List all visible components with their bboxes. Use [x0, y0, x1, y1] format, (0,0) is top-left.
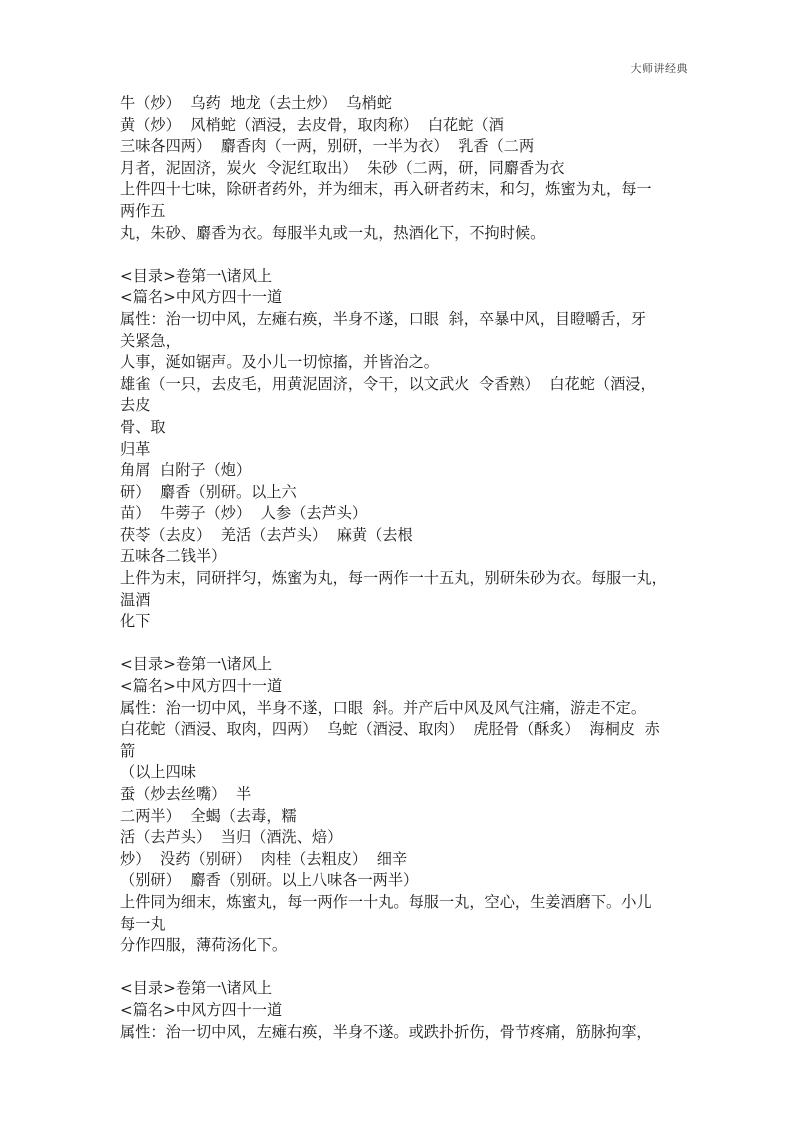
- paragraph-spacer: [120, 633, 680, 655]
- ingredient-line: 研） 麝香（别研。以上六: [120, 482, 680, 504]
- ingredient-line: 白花蛇（酒浸、取肉，四两） 乌蛇（酒浸、取肉） 虎胫骨（酥炙） 海桐皮 赤: [120, 719, 680, 741]
- ingredient-line: 骨、取: [120, 417, 680, 439]
- section-title: <篇名>中风方四十一道: [120, 287, 680, 309]
- document-body: 牛（炒） 乌药 地龙（去土炒） 乌梢蛇 黄（炒） 风梢蛇（酒浸，去皮骨，取肉称）…: [120, 93, 680, 1043]
- catalog-heading: <目录>卷第一\诸风上: [120, 266, 680, 288]
- text-line: 分作四服，薄荷汤化下。: [120, 935, 680, 957]
- ingredient-line: 茯苓（去皮） 羌活（去芦头） 麻黄（去根: [120, 525, 680, 547]
- attribute-text: 属性：治一切中风，左瘫右痪，半身不遂。或跌扑折伤，骨节疼痛，筋脉拘挛，: [120, 1022, 680, 1044]
- recipe-entry: <目录>卷第一\诸风上 <篇名>中风方四十一道 属性：治一切中风，左瘫右痪，半身…: [120, 266, 680, 633]
- text-line: 每一丸: [120, 914, 680, 936]
- text-line: 人事，涎如锯声。及小儿一切惊搐，并皆治之。: [120, 352, 680, 374]
- preparation-text: 上件同为细末，炼蜜丸，每一两作一十丸。每服一丸，空心，生姜酒磨下。小儿: [120, 892, 680, 914]
- paragraph-spacer: [120, 244, 680, 266]
- catalog-heading: <目录>卷第一\诸风上: [120, 654, 680, 676]
- attribute-text: 属性：治一切中风，左瘫右痪，半身不遂，口眼 斜，卒暴中风，目瞪嚼舌，牙: [120, 309, 680, 331]
- text-line: 丸，朱砂、麝香为衣。每服半丸或一丸，热酒化下，不拘时候。: [120, 223, 680, 245]
- recipe-entry: <目录>卷第一\诸风上 <篇名>中风方四十一道 属性：治一切中风，半身不遂，口眼…: [120, 654, 680, 956]
- text-line: 月者，泥固济，炭火 令泥红取出） 朱砂（二两，研，同麝香为衣: [120, 158, 680, 180]
- recipe-continuation: 牛（炒） 乌药 地龙（去土炒） 乌梢蛇 黄（炒） 风梢蛇（酒浸，去皮骨，取肉称）…: [120, 93, 680, 244]
- ingredient-line: 归革: [120, 439, 680, 461]
- ingredient-line: （以上四味: [120, 762, 680, 784]
- text-line: 关紧急，: [120, 331, 680, 353]
- preparation-text: 上件为末，同研拌匀，炼蜜为丸，每一两作一十五丸，别研朱砂为衣。每服一丸，: [120, 568, 680, 590]
- ingredient-line: 苗） 牛蒡子（炒） 人参（去芦头）: [120, 503, 680, 525]
- ingredient-line: 去皮: [120, 395, 680, 417]
- paragraph-spacer: [120, 957, 680, 979]
- section-title: <篇名>中风方四十一道: [120, 676, 680, 698]
- ingredient-line: 二两半） 全蝎（去毒，糯: [120, 806, 680, 828]
- text-line: 三味各四两） 麝香肉（一两，别研，一半为衣） 乳香（二两: [120, 136, 680, 158]
- ingredient-line: 炒） 没药（别研） 肉桂（去粗皮） 细辛: [120, 849, 680, 871]
- page-header-site-name: 大师讲经典: [631, 60, 689, 76]
- section-title: <篇名>中风方四十一道: [120, 1000, 680, 1022]
- text-line: 温酒: [120, 590, 680, 612]
- text-line: 牛（炒） 乌药 地龙（去土炒） 乌梢蛇: [120, 93, 680, 115]
- ingredient-line: 活（去芦头） 当归（酒洗、焙）: [120, 827, 680, 849]
- ingredient-line: 角屑 白附子（炮）: [120, 460, 680, 482]
- ingredient-line: 蚕（炒去丝嘴） 半: [120, 784, 680, 806]
- attribute-text: 属性：治一切中风，半身不遂，口眼 斜。并产后中风及风气注痛，游走不定。: [120, 698, 680, 720]
- catalog-heading: <目录>卷第一\诸风上: [120, 978, 680, 1000]
- ingredient-line: 五味各二钱半）: [120, 546, 680, 568]
- text-line: 化下: [120, 611, 680, 633]
- text-line: 上件四十七味，除研者药外，并为细末，再入研者药末，和匀，炼蜜为丸，每一: [120, 179, 680, 201]
- ingredient-line: （别研） 麝香（别研。以上八味各一两半）: [120, 870, 680, 892]
- text-line: 两作五: [120, 201, 680, 223]
- text-line: 黄（炒） 风梢蛇（酒浸，去皮骨，取肉称） 白花蛇（酒: [120, 115, 680, 137]
- ingredient-line: 雄雀（一只，去皮毛，用黄泥固济，令干，以文武火 令香熟） 白花蛇（酒浸，: [120, 374, 680, 396]
- ingredient-line: 箭: [120, 741, 680, 763]
- recipe-entry: <目录>卷第一\诸风上 <篇名>中风方四十一道 属性：治一切中风，左瘫右痪，半身…: [120, 978, 680, 1043]
